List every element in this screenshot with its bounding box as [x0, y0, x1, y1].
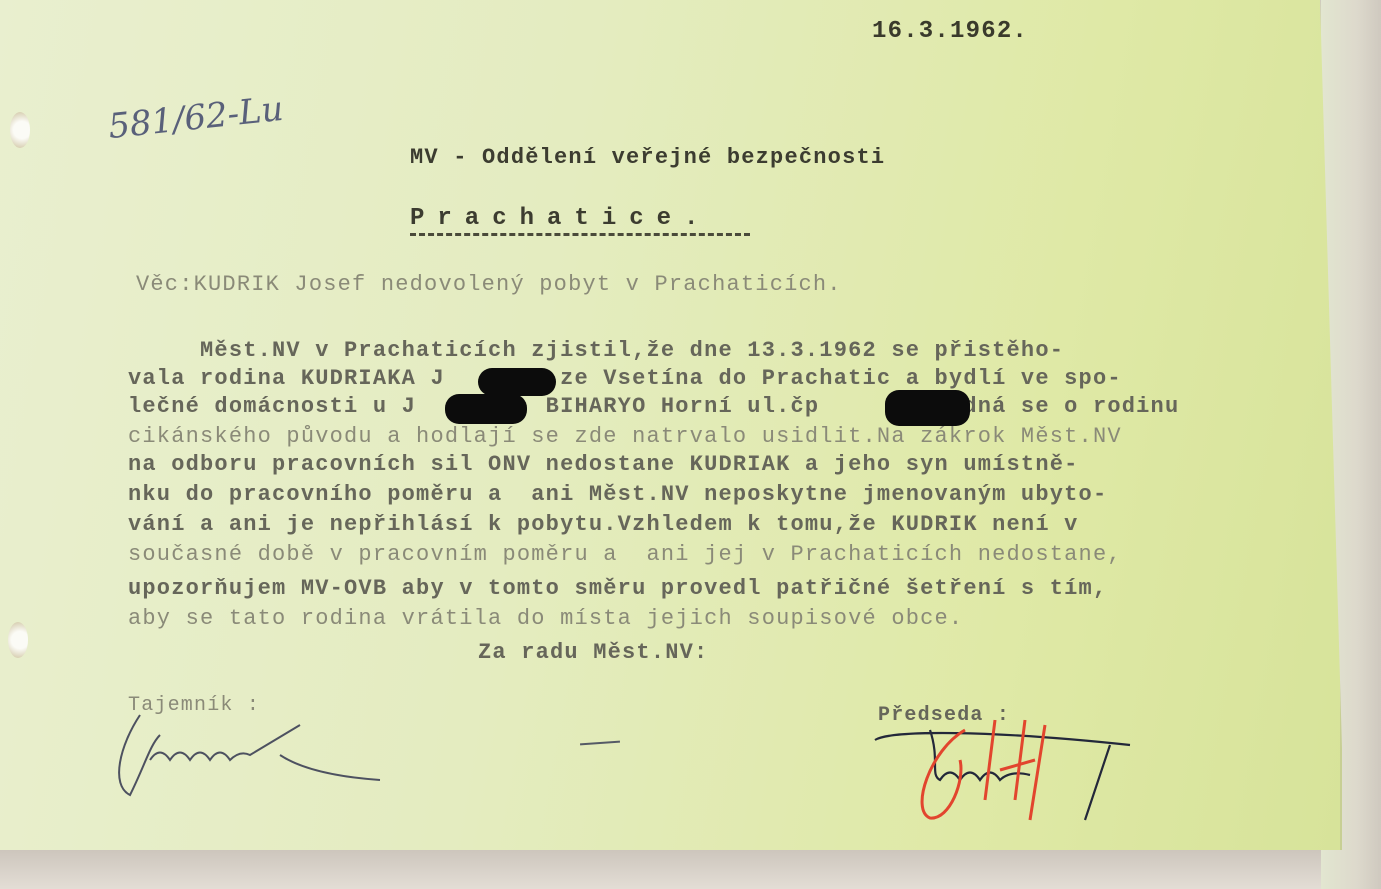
recipient-department: MV - Oddělení veřejné bezpečnosti: [410, 145, 885, 170]
body-line: vání a ani je nepřihlásí k pobytu.Vzhled…: [128, 512, 1079, 537]
body-line: lečné domácnosti u J BIHARYO Horní ul.čp…: [128, 394, 1179, 419]
closing-line: Za radu Měst.NV:: [478, 640, 708, 665]
redaction-block: [445, 394, 527, 424]
body-line: Měst.NV v Prachaticích zjistil,že dne 13…: [128, 338, 1064, 363]
reference-number: 581/62-Lu: [106, 89, 285, 147]
body-line: aby se tato rodina vrátila do místa jeji…: [128, 606, 963, 631]
body-line: současné době v pracovním poměru a ani j…: [128, 542, 1122, 567]
body-line: nku do pracovního poměru a ani Měst.NV n…: [128, 482, 1107, 507]
body-line: upozorňujem MV-OVB aby v tomto směru pro…: [128, 576, 1107, 601]
body-line: na odboru pracovních sil ONV nedostane K…: [128, 452, 1079, 477]
secretary-signature-icon: [110, 705, 390, 805]
recipient-city: Prachatice.: [410, 205, 711, 232]
city-underline: [410, 233, 750, 236]
chairman-signature-icon: [870, 700, 1140, 830]
body-line: vala rodina KUDRIAKA J ze Vsetína do Pra…: [128, 366, 1122, 391]
subject-line: Věc:KUDRIK Josef nedovolený pobyt v Prac…: [136, 272, 842, 297]
body-line: cikánského původu a hodlají se zde natrv…: [128, 424, 1122, 449]
redaction-block: [885, 390, 970, 426]
punch-hole-icon: [8, 622, 28, 658]
redaction-block: [478, 368, 556, 396]
pen-dash: [580, 741, 620, 746]
document-date: 16.3.1962.: [872, 18, 1028, 45]
document-page: 16.3.1962. 581/62-Lu MV - Oddělení veřej…: [0, 0, 1342, 850]
punch-hole-icon: [10, 112, 30, 148]
